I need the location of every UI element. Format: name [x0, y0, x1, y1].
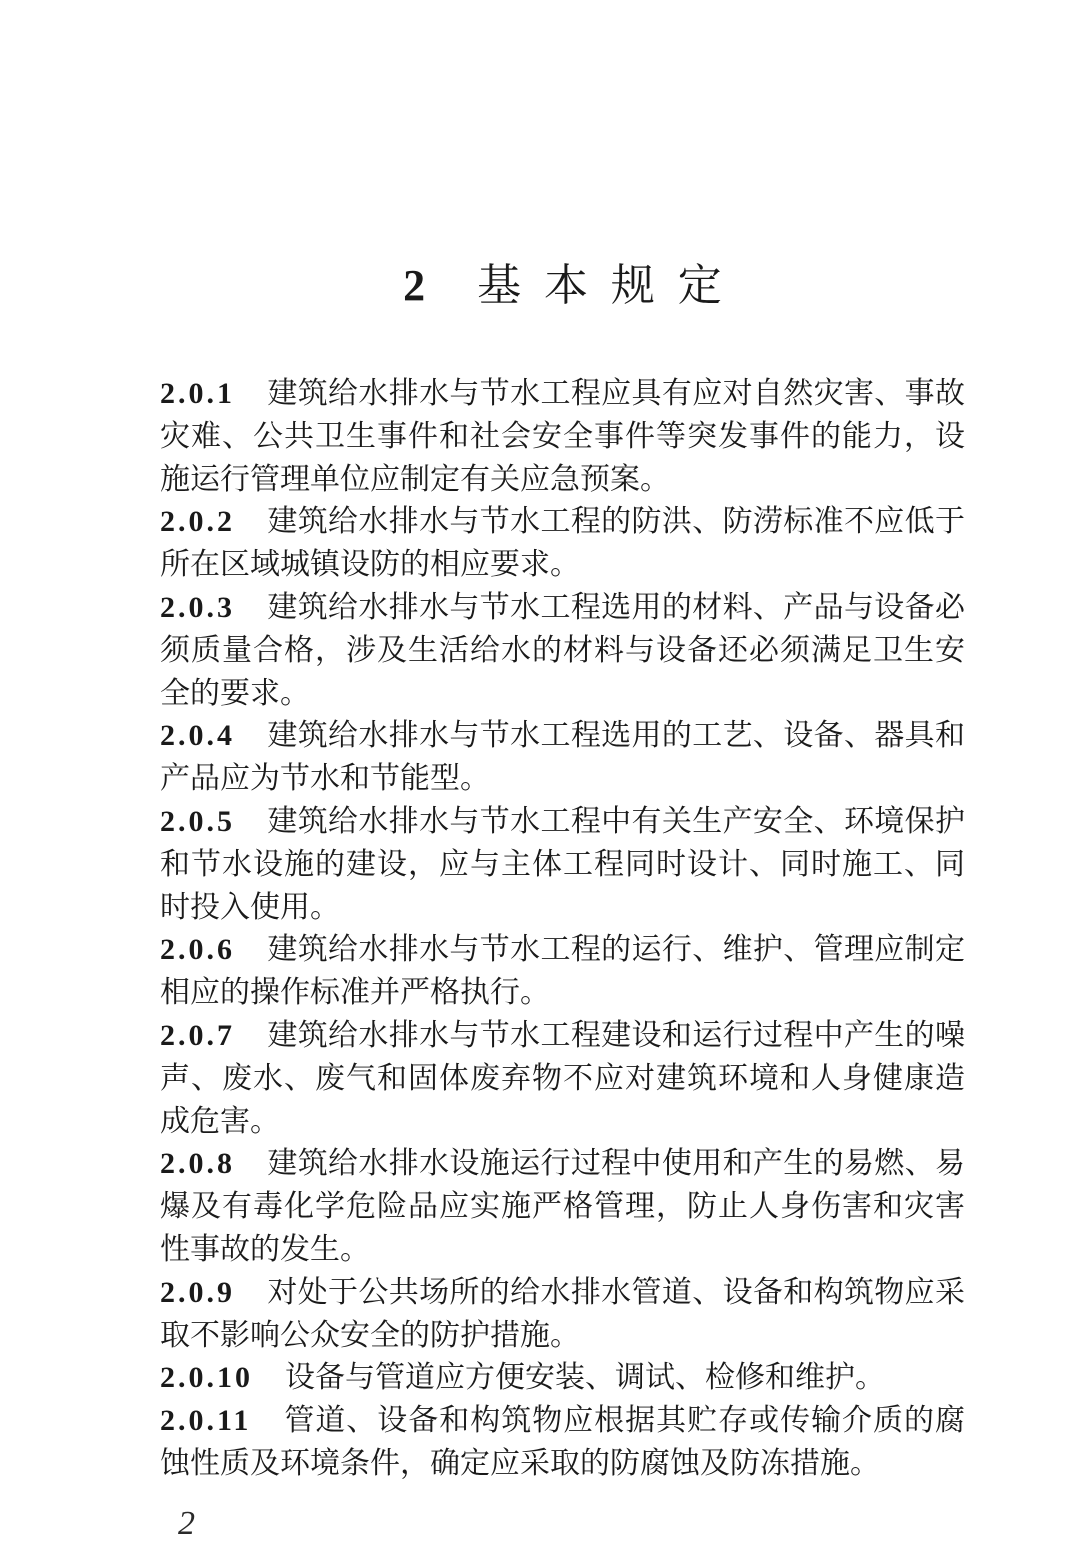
- clause-text: 建筑给水排水与节水工程中有关生产安全、环境保护和节水设施的建设，应与主体工程同时…: [160, 805, 965, 924]
- clause-number: 2.0.6: [160, 933, 235, 966]
- clause-text: 对处于公共场所的给水排水管道、设备和构筑物应采取不影响公众安全的防护措施。: [160, 1276, 965, 1352]
- chapter-number: 2: [403, 261, 427, 310]
- clause-2-0-4: 2.0.4建筑给水排水与节水工程选用的工艺、设备、器具和产品应为节水和节能型。: [160, 715, 965, 801]
- clause-2-0-8: 2.0.8建筑给水排水设施运行过程中使用和产生的易燃、易爆及有毒化学危险品应实施…: [160, 1143, 965, 1271]
- clause-2-0-2: 2.0.2建筑给水排水与节水工程的防洪、防涝标准不应低于所在区域城镇设防的相应要…: [160, 501, 965, 587]
- clause-2-0-9: 2.0.9对处于公共场所的给水排水管道、设备和构筑物应采取不影响公众安全的防护措…: [160, 1272, 965, 1358]
- clause-2-0-10: 2.0.10设备与管道应方便安装、调试、检修和维护。: [160, 1357, 965, 1400]
- clause-text: 建筑给水排水与节水工程建设和运行过程中产生的噪声、废水、废气和固体废弃物不应对建…: [160, 1019, 965, 1138]
- page-number: 2: [178, 1502, 965, 1546]
- chapter-heading: 2基本规定: [160, 253, 965, 319]
- clause-number: 2.0.1: [160, 377, 235, 410]
- clause-2-0-1: 2.0.1建筑给水排水与节水工程应具有应对自然灾害、事故灾难、公共卫生事件和社会…: [160, 373, 965, 501]
- clause-text: 管道、设备和构筑物应根据其贮存或传输介质的腐蚀性质及环境条件，确定应采取的防腐蚀…: [160, 1404, 965, 1480]
- clause-number: 2.0.11: [160, 1404, 251, 1437]
- clause-text: 建筑给水排水设施运行过程中使用和产生的易燃、易爆及有毒化学危险品应实施严格管理，…: [160, 1147, 965, 1266]
- clause-number: 2.0.8: [160, 1147, 235, 1180]
- clause-2-0-6: 2.0.6建筑给水排水与节水工程的运行、维护、管理应制定相应的操作标准并严格执行…: [160, 929, 965, 1015]
- clause-2-0-11: 2.0.11管道、设备和构筑物应根据其贮存或传输介质的腐蚀性质及环境条件，确定应…: [160, 1400, 965, 1486]
- clause-number: 2.0.5: [160, 805, 235, 838]
- clause-number: 2.0.7: [160, 1019, 235, 1052]
- clause-text: 建筑给水排水与节水工程选用的材料、产品与设备必须质量合格，涉及生活给水的材料与设…: [160, 591, 965, 710]
- clause-number: 2.0.4: [160, 719, 235, 752]
- clause-number: 2.0.2: [160, 505, 235, 538]
- document-page: 2基本规定 2.0.1建筑给水排水与节水工程应具有应对自然灾害、事故灾难、公共卫…: [0, 0, 1080, 1563]
- clause-text: 建筑给水排水与节水工程应具有应对自然灾害、事故灾难、公共卫生事件和社会安全事件等…: [160, 377, 965, 496]
- clause-text: 设备与管道应方便安装、调试、检修和维护。: [285, 1361, 885, 1394]
- clause-number: 2.0.9: [160, 1276, 235, 1309]
- clause-number: 2.0.3: [160, 591, 235, 624]
- clause-2-0-5: 2.0.5建筑给水排水与节水工程中有关生产安全、环境保护和节水设施的建设，应与主…: [160, 801, 965, 929]
- clause-2-0-3: 2.0.3建筑给水排水与节水工程选用的材料、产品与设备必须质量合格，涉及生活给水…: [160, 587, 965, 715]
- chapter-title: 基本规定: [477, 261, 745, 310]
- clause-number: 2.0.10: [160, 1361, 253, 1394]
- clause-2-0-7: 2.0.7建筑给水排水与节水工程建设和运行过程中产生的噪声、废水、废气和固体废弃…: [160, 1015, 965, 1143]
- clause-text: 建筑给水排水与节水工程的防洪、防涝标准不应低于所在区域城镇设防的相应要求。: [160, 505, 965, 581]
- clause-text: 建筑给水排水与节水工程选用的工艺、设备、器具和产品应为节水和节能型。: [160, 719, 965, 795]
- clause-text: 建筑给水排水与节水工程的运行、维护、管理应制定相应的操作标准并严格执行。: [160, 933, 965, 1009]
- clause-list: 2.0.1建筑给水排水与节水工程应具有应对自然灾害、事故灾难、公共卫生事件和社会…: [160, 373, 965, 1486]
